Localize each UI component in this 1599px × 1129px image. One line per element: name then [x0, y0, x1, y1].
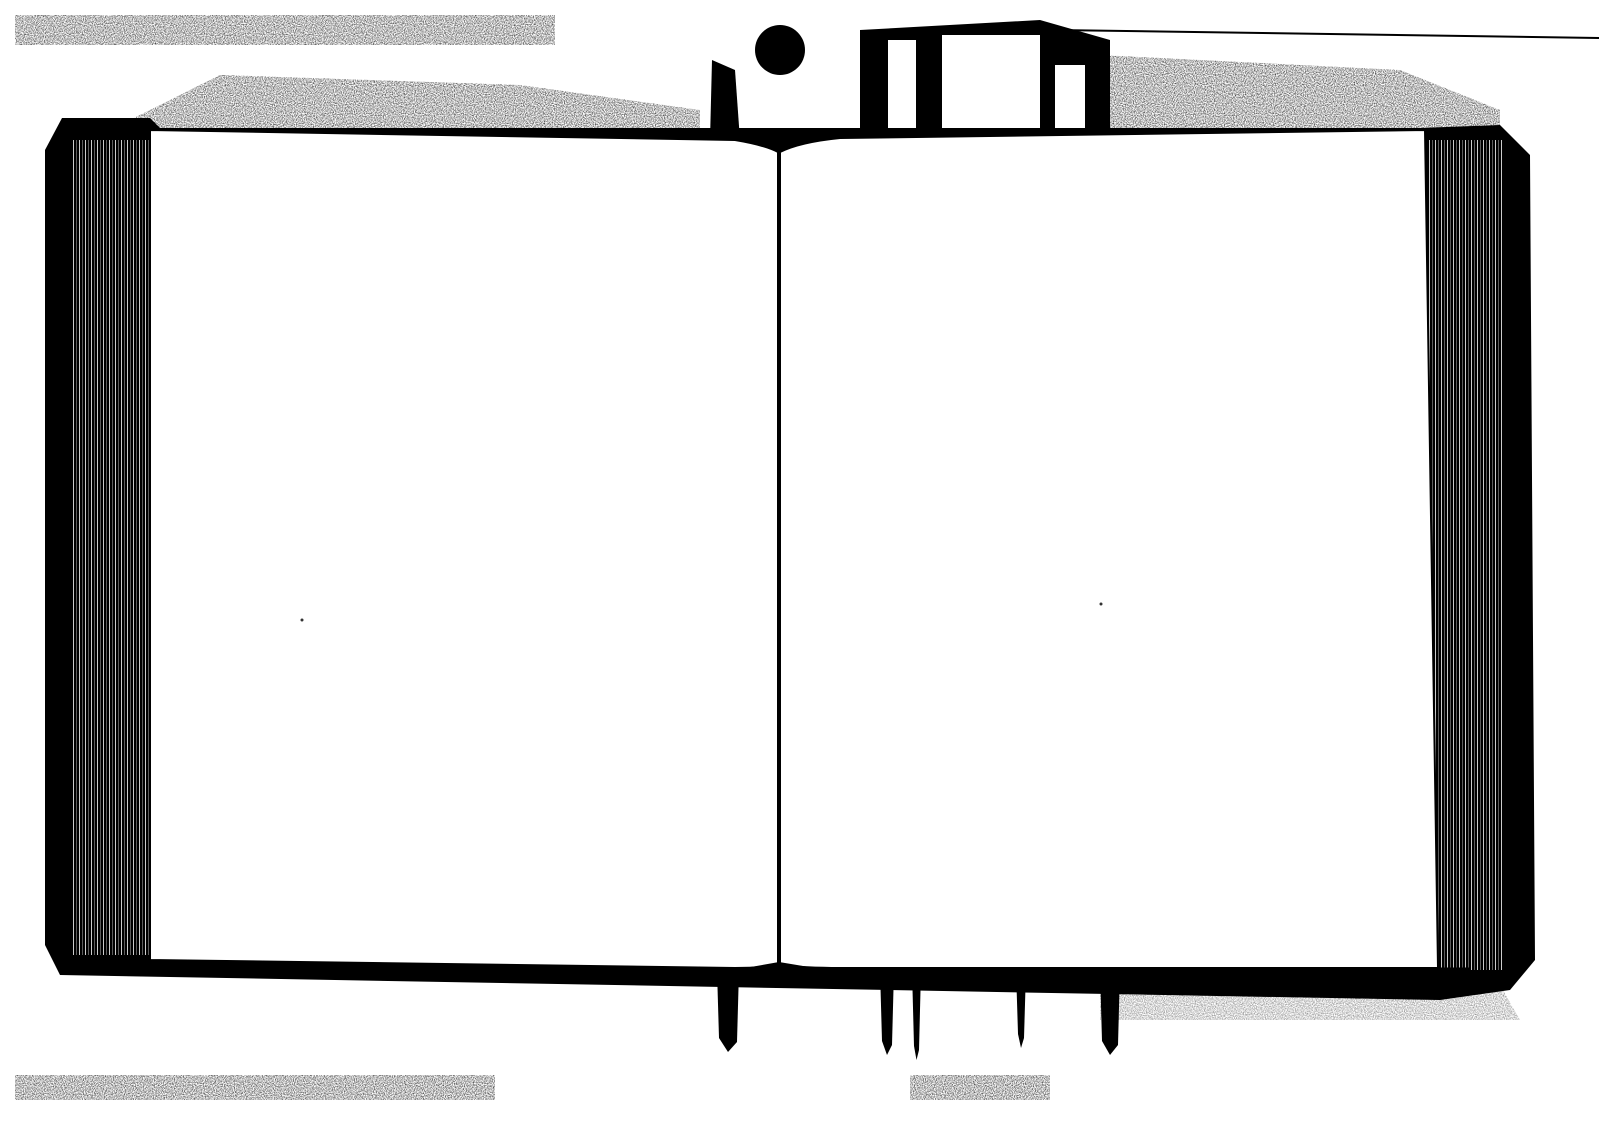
bookmark-ribbon — [717, 970, 739, 1052]
bookmark-ribbon — [912, 970, 921, 1060]
bookmark-ribbon — [880, 970, 894, 1055]
book-illustration — [0, 0, 1599, 1129]
left-page-edges — [72, 140, 150, 955]
bookmark-ribbon — [1016, 970, 1026, 1048]
right-page — [780, 130, 1438, 968]
left-page — [150, 130, 778, 968]
right-page-edges — [1428, 140, 1503, 970]
book-photo: Open blank book with bookmark ribbons — [0, 0, 1599, 1129]
bookmark-ribbon — [1100, 970, 1120, 1055]
